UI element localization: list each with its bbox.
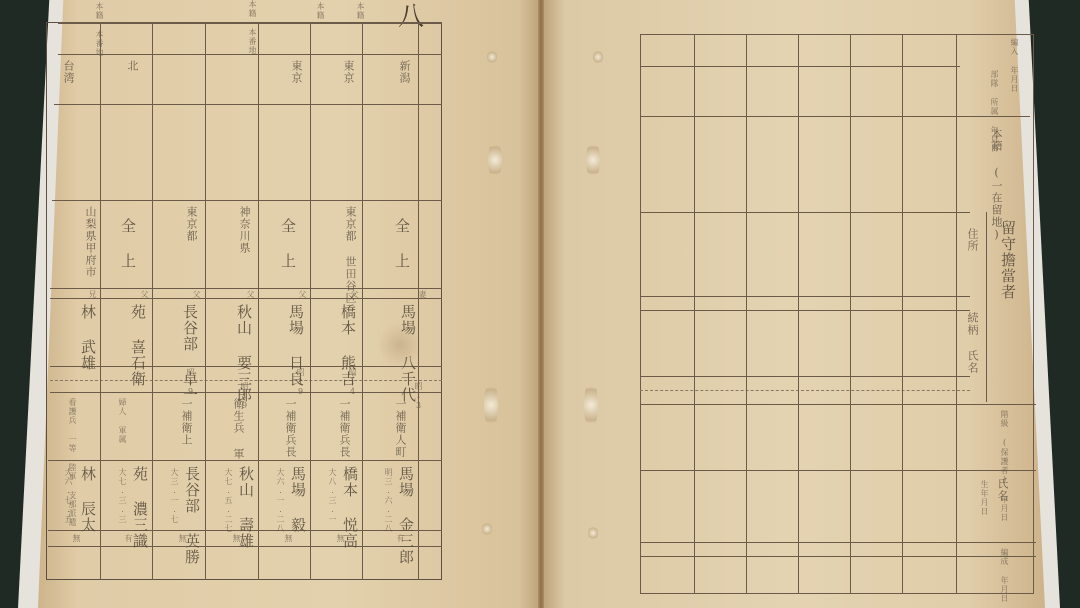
domicile: 北 xyxy=(126,60,138,72)
address: 全 上 xyxy=(280,218,296,269)
relative-name: 林 武雄 xyxy=(80,304,96,371)
row-divider xyxy=(640,470,1036,471)
row-divider xyxy=(640,212,970,213)
unit-rank: 一補衛上 xyxy=(180,398,192,446)
note: 昭13 xyxy=(414,382,423,411)
unit-rank: 一補衛人町 xyxy=(394,398,406,458)
top-note: 本籍 xyxy=(356,2,365,20)
relation: 父 xyxy=(140,290,149,299)
relation: 父 xyxy=(192,290,201,299)
status: 無 xyxy=(72,534,81,543)
row-divider xyxy=(58,54,442,55)
soldier-name: 馬場 金三郎 xyxy=(398,466,414,565)
relation: 父 xyxy=(298,290,307,299)
row-divider xyxy=(640,556,1036,557)
column-divider xyxy=(956,34,957,594)
binding-hole xyxy=(487,50,497,64)
binding-hole xyxy=(584,380,598,430)
address: 山梨県甲府市 xyxy=(84,206,96,278)
binding-hole xyxy=(482,522,492,536)
paper-stain xyxy=(380,320,420,370)
address: 東京都 xyxy=(185,206,197,242)
address: 神奈川県 xyxy=(238,206,250,254)
column-divider xyxy=(310,22,311,580)
address: 全 上 xyxy=(394,218,410,269)
row-divider xyxy=(640,376,970,377)
note: 昭19 xyxy=(186,368,195,397)
column-divider xyxy=(850,34,851,594)
note: 昭19 xyxy=(296,368,305,397)
row-divider xyxy=(640,296,970,297)
row-divider xyxy=(52,200,442,201)
birth-date: 大七.五.二七 xyxy=(224,468,233,533)
row-divider xyxy=(640,116,1030,117)
relation: 父 xyxy=(246,290,255,299)
birth-date: 大七.三.三 xyxy=(118,468,127,524)
relative-name: 苑 喜石衛 xyxy=(130,304,146,387)
row-divider xyxy=(640,390,970,391)
column-divider xyxy=(798,34,799,594)
column-divider xyxy=(418,22,419,580)
header-label-relation-name: 続柄 氏名 xyxy=(966,312,978,374)
birth-date: 大三.一.七 xyxy=(170,468,179,524)
header-label-rank-date: 階級 (保護者) 年月日 xyxy=(1000,410,1009,522)
column-divider xyxy=(902,34,903,594)
unit-rank: 衛生兵 軍 xyxy=(232,398,244,460)
book-spine xyxy=(538,0,544,608)
soldier-name: 長谷部 英勝 xyxy=(184,466,200,565)
row-divider xyxy=(50,288,442,289)
birth-date: 大八.三.一 xyxy=(328,468,337,524)
row-divider xyxy=(640,310,970,311)
header-label-name: 氏名 xyxy=(996,478,1008,502)
note: 昭14 xyxy=(348,368,357,397)
column-divider xyxy=(986,212,987,402)
soldier-name: 苑 濃三識 xyxy=(132,466,148,549)
unit-rank: 一補衛兵長 xyxy=(338,398,350,458)
row-divider xyxy=(640,404,1036,405)
header-label-address: 住所 xyxy=(966,228,978,252)
relation: 父 xyxy=(350,290,359,299)
column-divider xyxy=(100,22,101,580)
row-divider xyxy=(58,22,442,24)
domicile: 東京 xyxy=(290,60,302,84)
row-divider xyxy=(48,460,442,461)
status: 無 xyxy=(336,534,345,543)
header-label-formation-date: 編成 年月日 xyxy=(1000,548,1009,603)
column-divider xyxy=(694,34,695,594)
binding-hole xyxy=(588,526,598,540)
soldier-name: 林 辰太 xyxy=(80,466,96,533)
column-divider xyxy=(205,22,206,580)
unit-rank: 婦人 軍属 xyxy=(118,398,127,444)
top-note: 本籍 xyxy=(316,2,325,20)
column-divider xyxy=(152,22,153,580)
status: 有 xyxy=(124,534,133,543)
binding-hole xyxy=(593,50,603,64)
column-divider xyxy=(362,22,363,580)
column-divider xyxy=(258,22,259,580)
status: 無 xyxy=(232,534,241,543)
binding-hole xyxy=(488,140,502,180)
header-label-birth-date: 生年月日 xyxy=(980,480,989,516)
status: 無 xyxy=(284,534,293,543)
status: 有 xyxy=(396,534,405,543)
address: 全 上 xyxy=(120,218,136,269)
column-divider xyxy=(746,34,747,594)
header-label-enrollment-date: 編入 年月日 xyxy=(1010,38,1019,93)
binding-hole xyxy=(484,380,498,430)
soldier-name: 馬場 毅 xyxy=(290,466,306,533)
relation: 妻 xyxy=(418,290,427,299)
domicile: 台湾 xyxy=(62,60,74,84)
relation: 兄 xyxy=(88,290,97,299)
unit-rank: 一補衛兵長 xyxy=(284,398,296,458)
row-divider xyxy=(640,542,1036,543)
birth-date: 明三.六.二八 xyxy=(384,468,393,533)
domicile: 新潟 xyxy=(398,60,410,84)
row-divider xyxy=(640,66,960,67)
status: 無 xyxy=(178,534,187,543)
row-divider xyxy=(54,104,442,105)
domicile: 東京 xyxy=(342,60,354,84)
birth-date: 大六.一.二八 xyxy=(276,468,285,533)
birth-date: 大六.七.五 xyxy=(64,468,73,524)
header-label-caretaker: 留守擔當者 xyxy=(1000,220,1016,300)
binding-hole xyxy=(586,140,600,180)
